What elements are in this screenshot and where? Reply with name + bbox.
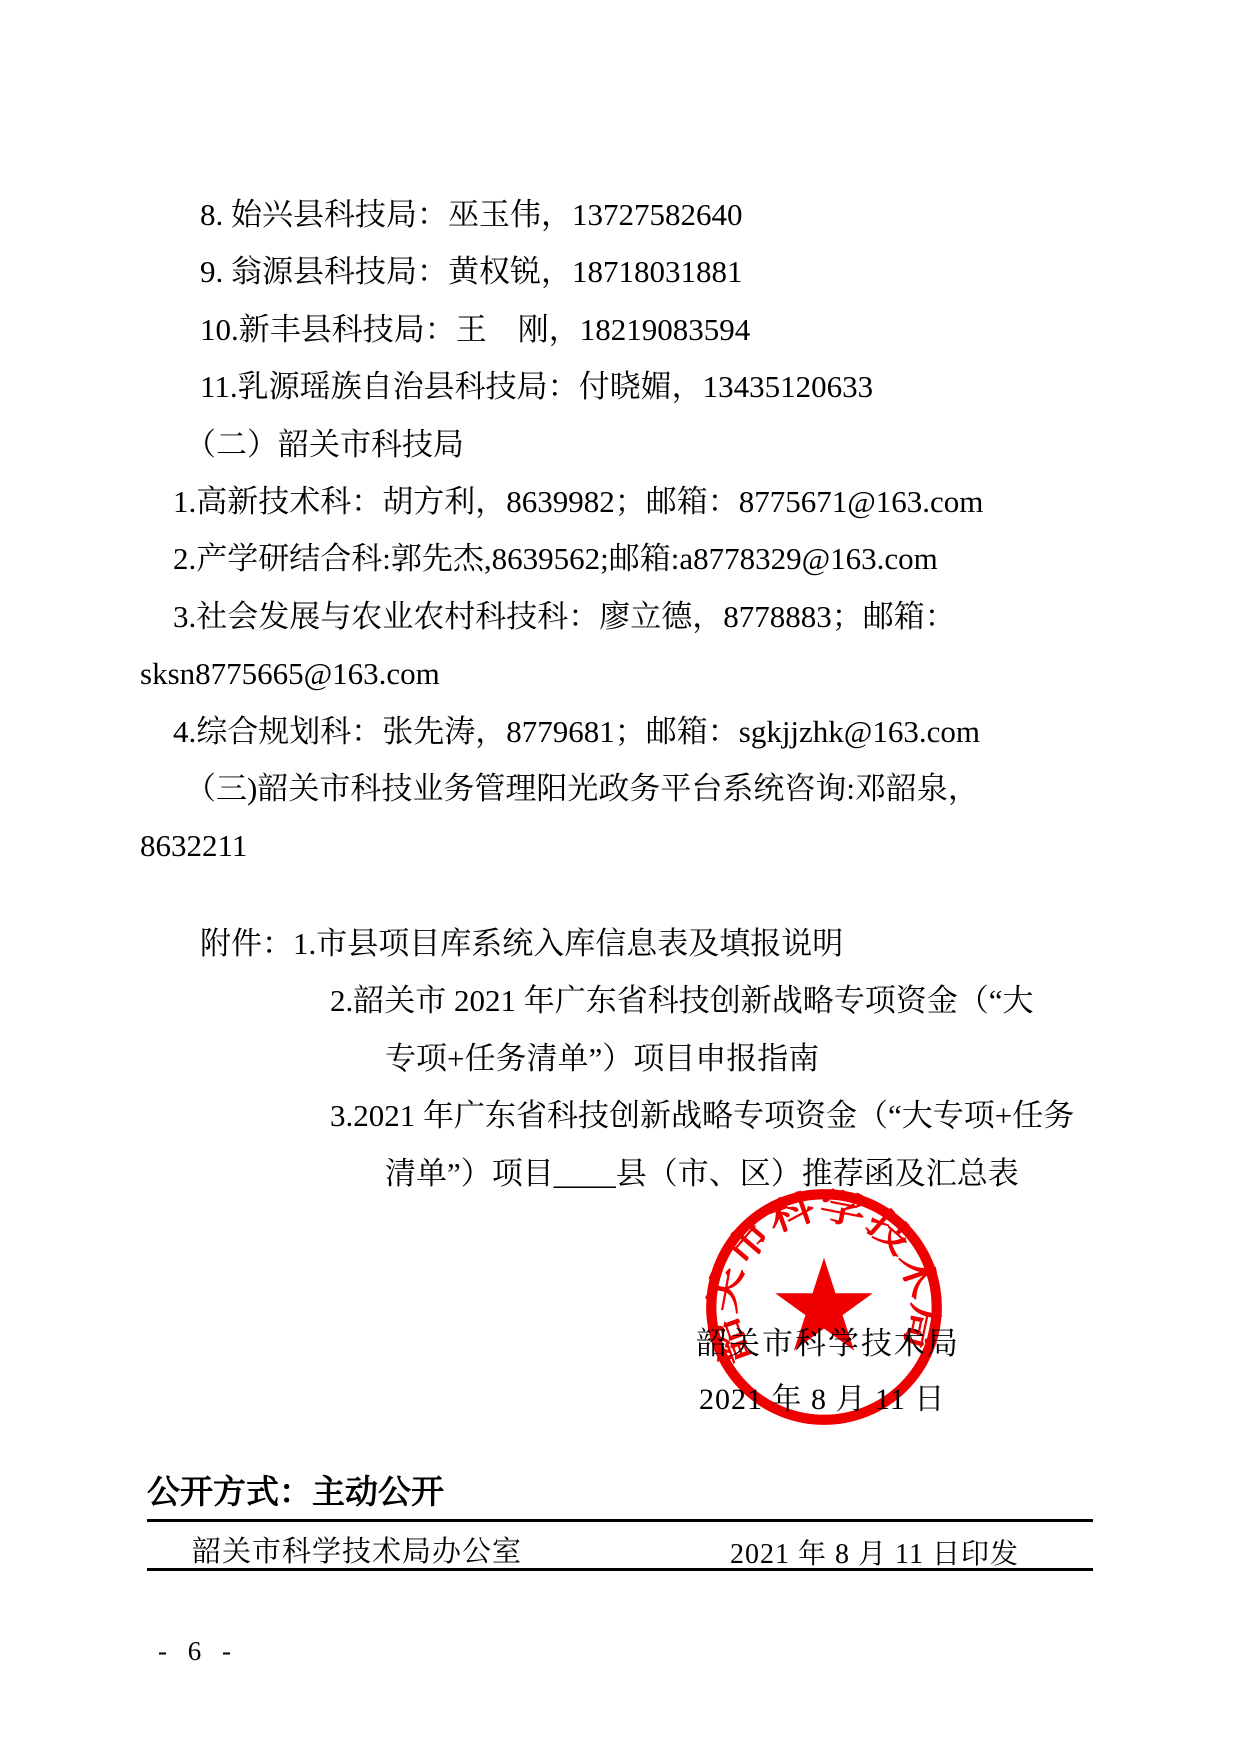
contact-line: 11.乳源瑶族自治县科技局：付晓媚，13435120633 [140, 358, 1115, 415]
attachment-line: 2.韶关市 2021 年广东省科技创新战略专项资金（“大 [140, 972, 1115, 1029]
footer-divider-bottom [147, 1568, 1093, 1571]
footer-issuing-office: 韶关市科学技术局办公室 [192, 1529, 522, 1570]
document-page: 8. 始兴县科技局：巫玉伟，13727582640 9. 翁源县科技局：黄权锐，… [0, 0, 1241, 1754]
contact-line: 1.高新技术科：胡方利，8639982；邮箱：8775671@163.com [140, 473, 1115, 530]
section-heading-2: （二）韶关市科技局 [140, 416, 1115, 473]
contact-line-continuation: sksn8775665@163.com [140, 645, 1115, 702]
section-heading-3: （三)韶关市科技业务管理阳光政务平台系统咨询:邓韶泉， [140, 760, 1115, 817]
publicity-method: 公开方式：主动公开 [147, 1466, 444, 1513]
attachment-line: 3.2021 年广东省科技创新战略专项资金（“大专项+任务 [140, 1087, 1115, 1144]
contact-list: 8. 始兴县科技局：巫玉伟，13727582640 9. 翁源县科技局：黄权锐，… [140, 186, 1115, 875]
contact-line: 3.社会发展与农业农村科技科：廖立德，8778883；邮箱： [140, 588, 1115, 645]
contact-line: 2.产学研结合科:郭先杰,8639562;邮箱:a8778329@163.com [140, 530, 1115, 587]
signature-agency: 韶关市科学技术局 [696, 1318, 960, 1363]
attachment-line: 附件：1.市县项目库系统入库信息表及填报说明 [140, 915, 1115, 972]
contact-line: 9. 翁源县科技局：黄权锐，18718031881 [140, 243, 1115, 300]
contact-line: 4.综合规划科：张先涛，8779681；邮箱：sgkjjzhk@163.com [140, 703, 1115, 760]
contact-line: 10.新丰县科技局：王 刚，18219083594 [140, 301, 1115, 358]
signature-date: 2021 年 8 月 11 日 [699, 1374, 945, 1418]
attachment-line: 专项+任务清单”）项目申报指南 [140, 1030, 1115, 1087]
contact-line-continuation: 8632211 [140, 817, 1115, 874]
page-number: - 6 - [158, 1636, 238, 1667]
attachment-list: 附件：1.市县项目库系统入库信息表及填报说明 2.韶关市 2021 年广东省科技… [140, 915, 1115, 1202]
contact-line: 8. 始兴县科技局：巫玉伟，13727582640 [140, 186, 1115, 243]
footer-print-date: 2021 年 8 月 11 日印发 [730, 1532, 1019, 1572]
footer-divider-top [147, 1519, 1093, 1522]
attachment-line: 清单”）项目____县（市、区）推荐函及汇总表 [140, 1145, 1115, 1202]
